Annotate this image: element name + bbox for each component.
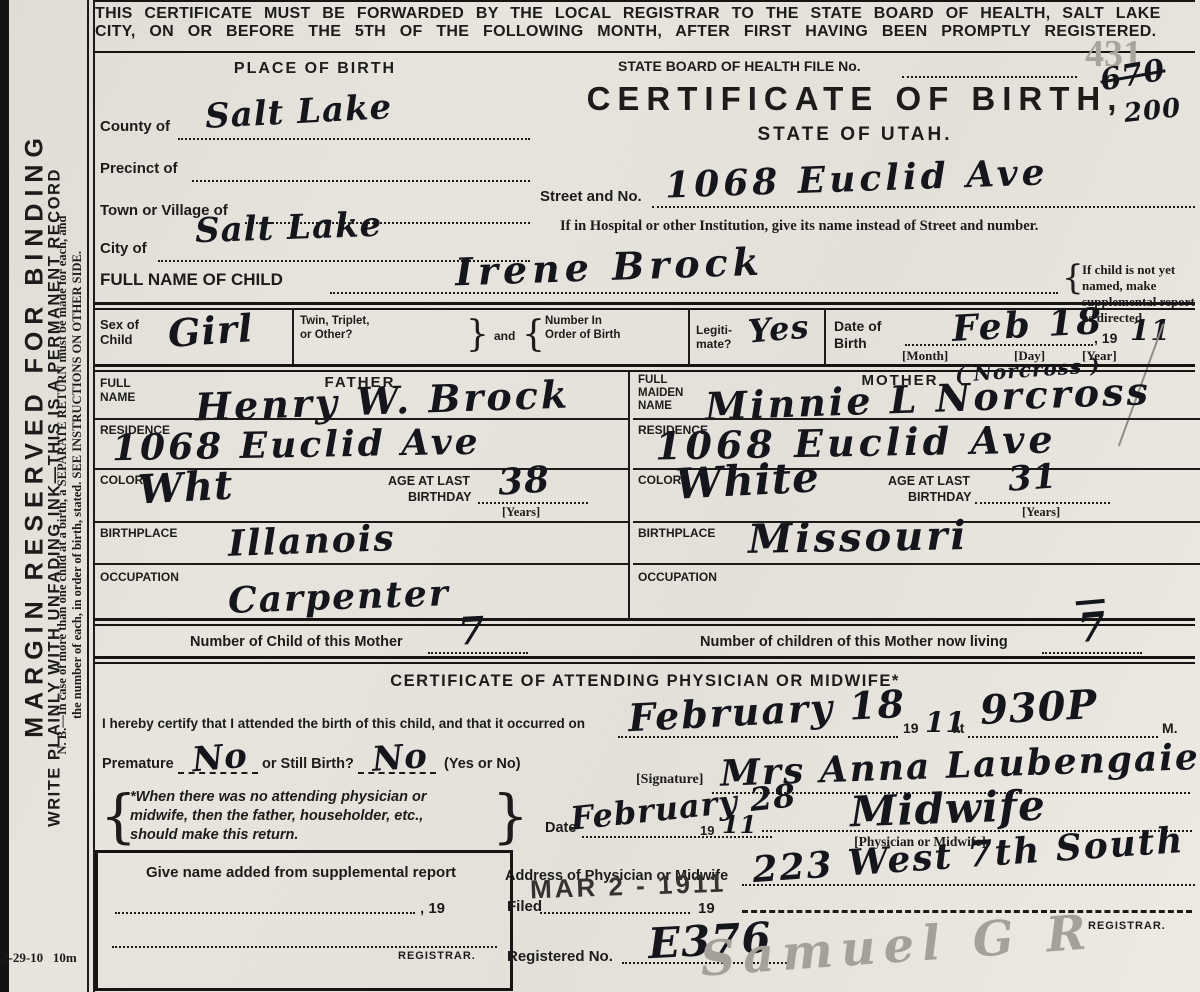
child-number-label: Number of Child of this Mother	[190, 634, 403, 651]
registered-no-label: Registered No.	[507, 948, 613, 965]
father-age-label1: AGE AT LAST	[388, 474, 470, 488]
place-of-birth-heading: PLACE OF BIRTH	[95, 60, 535, 78]
dob-value: Feb 18	[951, 300, 1105, 350]
note-line1: *When there was no attending physician o…	[130, 788, 492, 807]
forwarding-banner: THIS CERTIFICATE MUST BE FORWARDED BY TH…	[95, 0, 1195, 53]
twin-label: Twin, Triplet, or Other?	[300, 314, 380, 342]
file-no-line	[902, 52, 1077, 78]
certify-statement: I hereby certify that I attended the bir…	[102, 716, 585, 732]
street-label: Street and No.	[540, 188, 642, 205]
father-name-line	[95, 418, 628, 420]
city-label: City of	[100, 240, 147, 257]
mother-age-label1: AGE AT LAST	[888, 474, 970, 488]
supplemental-line2	[112, 932, 497, 948]
hospital-note: If in Hospital or other Institution, giv…	[560, 218, 1038, 235]
living-children-label: Number of children of this Mother now li…	[700, 634, 1008, 651]
precinct-line	[192, 152, 530, 182]
mother-birthplace-value: Missouri	[748, 512, 969, 563]
form-code-number: 2-29-10	[2, 950, 43, 965]
father-birthplace-line	[95, 563, 628, 565]
child-note-brace: {	[1062, 258, 1084, 298]
father-name-value: Henry W. Brock	[194, 371, 571, 429]
stillbirth-label: or Still Birth?	[262, 756, 354, 773]
premature-label: Premature	[102, 756, 174, 773]
stillbirth-value: No	[371, 736, 429, 780]
form-code: 2-29-10 10m	[2, 950, 77, 966]
margin-nb-note: N. B.—In case of more than one child at …	[55, 15, 85, 955]
and-label: and	[494, 330, 515, 344]
father-residence-value: 1068 Euclid Ave	[112, 421, 481, 469]
time-value: 930P	[979, 681, 1099, 734]
child-note-line1: If child is not yet named, make	[1082, 262, 1196, 294]
certificate-subtitle: STATE OF UTAH.	[545, 124, 1165, 146]
supplemental-registrar-label: REGISTRAR.	[398, 950, 476, 963]
meridiem-label: M.	[1162, 720, 1178, 736]
county-label: County of	[100, 118, 170, 135]
form-print-run: 10m	[53, 950, 77, 965]
month-bracket: [Month]	[902, 348, 948, 364]
legitimate-label: Legiti-mate?	[696, 324, 746, 352]
premature-value: No	[190, 736, 249, 781]
signature-label: [Signature]	[636, 772, 703, 788]
supplemental-line1	[115, 898, 415, 914]
father-years-bracket: [Years]	[502, 505, 540, 520]
mother-occupation-label: OCCUPATION	[638, 571, 717, 585]
precinct-label: Precinct of	[100, 160, 178, 177]
no-physician-note: *When there was no attending physician o…	[130, 788, 492, 845]
certificate-title: CERTIFICATE OF BIRTH,	[545, 80, 1165, 118]
dob-year-value: 11	[1130, 314, 1171, 347]
sex-row-divider-1	[292, 308, 294, 364]
occurred-year-prefix: 19	[903, 720, 919, 736]
father-age-value: 38	[497, 458, 552, 504]
dob-year-prefix: , 19	[1094, 330, 1117, 346]
sex-row-divider-2	[688, 308, 690, 364]
sex-value: Girl	[167, 305, 255, 356]
parents-center-divider	[628, 370, 630, 620]
dob-label: Date of Birth	[834, 318, 906, 352]
banner-line2: CITY, ON OR BEFORE THE 5TH OF THE FOLLOW…	[95, 23, 1195, 41]
city-value: Salt Lake	[194, 205, 382, 252]
mother-birthplace-line	[633, 563, 1200, 565]
father-occupation-value: Carpenter	[227, 572, 450, 622]
child-number-value: 7	[457, 607, 487, 653]
mother-name-label: FULL MAIDEN NAME	[638, 374, 696, 413]
yes-no-label: (Yes or No)	[444, 756, 521, 773]
living-children-value: 7	[1076, 603, 1109, 652]
filed-year-prefix: 19	[698, 900, 715, 917]
filed-registrar-line	[742, 898, 1192, 913]
supplemental-label: Give name added from supplemental report	[105, 864, 497, 881]
certificate-date-year-prefix: 19	[700, 824, 714, 839]
birth-certificate-scan: MARGIN RESERVED FOR BINDING WRITE PLAINL…	[0, 0, 1200, 992]
rule-above-physician	[95, 656, 1195, 664]
child-name-label: FULL NAME OF CHILD	[100, 270, 283, 290]
certificate-date-year-value: 11	[722, 810, 757, 839]
mother-age-label2: BIRTHDAY	[908, 490, 971, 504]
father-birthplace-value: Illanois	[227, 517, 396, 565]
order-label: Number In Order of Birth	[545, 314, 633, 342]
sex-row-divider-3	[824, 308, 826, 364]
supplemental-year-prefix: , 19	[420, 900, 445, 917]
mother-birthplace-label: BIRTHPLACE	[638, 527, 715, 541]
mother-color-value: White	[674, 452, 821, 509]
margin-nb-line1: N. B.—In case of more than one child at …	[55, 15, 70, 955]
father-color-value: Wht	[137, 462, 235, 514]
mother-years-bracket: [Years]	[1022, 505, 1060, 520]
margin-nb-line2: the number of each, in order of birth, s…	[70, 15, 85, 955]
note-line3: should make this return.	[130, 826, 492, 845]
note-close-brace: }	[492, 782, 529, 850]
scan-edge-strip	[0, 0, 9, 992]
father-occupation-label: OCCUPATION	[100, 571, 179, 585]
father-age-label2: BIRTHDAY	[408, 490, 471, 504]
at-label: at	[952, 720, 964, 736]
mother-age-value: 31	[1007, 456, 1059, 499]
filed-registrar-label: REGISTRAR.	[1088, 920, 1166, 933]
rule-above-counts	[95, 618, 1195, 626]
file-no-label: STATE BOARD OF HEALTH FILE No.	[618, 58, 861, 74]
father-name-label: FULL NAME	[100, 376, 152, 404]
legitimate-value: Yes	[746, 307, 811, 350]
sex-label: Sex of Child	[100, 318, 158, 348]
and-open-brace: }	[466, 314, 489, 355]
banner-line1: THIS CERTIFICATE MUST BE FORWARDED BY TH…	[95, 5, 1195, 23]
note-line2: midwife, then the father, householder, e…	[130, 807, 492, 826]
document-left-border-outer	[87, 0, 89, 992]
order-open-brace: {	[522, 314, 545, 355]
document-left-border-inner	[93, 0, 95, 992]
father-birthplace-label: BIRTHPLACE	[100, 527, 177, 541]
